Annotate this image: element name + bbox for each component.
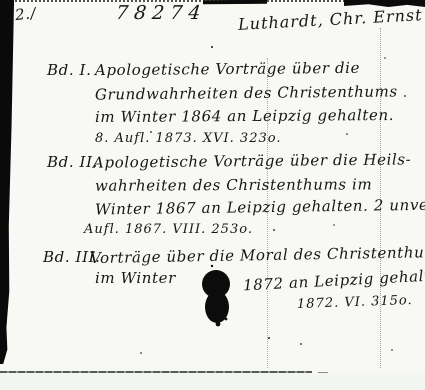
ink-blot — [196, 264, 242, 332]
author-heading: Luthardt, Chr. Ernst — [238, 5, 423, 34]
entry-text-line: im Winter — [95, 269, 176, 287]
entry-citation: 1872. VI. 315o. — [297, 293, 413, 312]
catalog-card-scan: 2./ 78274 Luthardt, Chr. Ernst Bd. I. Ap… — [0, 0, 425, 390]
entry-label: Bd. II. — [47, 153, 98, 171]
page-corner-mark: 2./ — [14, 4, 37, 24]
entry-label: Bd. I. — [47, 61, 91, 79]
scan-specks — [0, 0, 2, 2]
entry-text-line: im Winter 1864 an Leipzig gehalten. — [95, 106, 394, 126]
entry-text-line: Apologetische Vorträge über die — [95, 59, 360, 79]
catalog-number: 78274 — [115, 2, 208, 24]
entry-text-line: 1872 an Leipzig gehalten — [243, 266, 425, 295]
entry-text-line: Winter 1867 an Leipzig gehalten. 2 unver… — [95, 196, 425, 219]
scan-top-artifact — [203, 0, 267, 4]
entry-text-line: Grundwahrheiten des Christenthums — [95, 82, 398, 103]
entry-citation: 8. Aufl. 1873. XVI. 323o. — [95, 131, 281, 146]
scan-left-edge — [0, 0, 16, 364]
entry-citation: Aufl. 1867. VIII. 253o. — [84, 222, 253, 237]
scan-footer-strip — [0, 373, 425, 390]
entry-text-line: wahrheiten des Christenthums im — [95, 175, 372, 194]
entry-text-line: Apologetische Vorträge über die Heils- — [93, 150, 411, 171]
entry-text-line: Vorträge über die Moral des Christenthum… — [90, 243, 425, 267]
